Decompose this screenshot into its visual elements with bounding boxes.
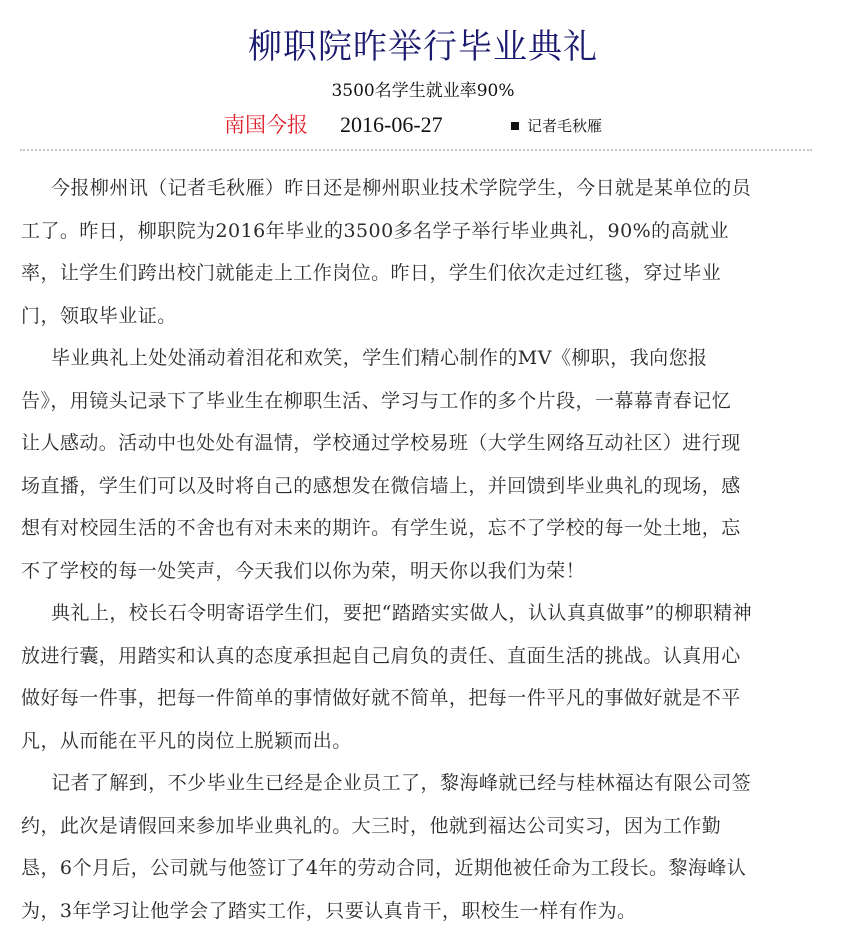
paragraph: 今报柳州讯（记者毛秋雁）昨日还是柳州职业技术学院学生，今日就是某单位的员 工了。…: [21, 167, 821, 337]
reporter-name: 记者毛秋雁: [527, 114, 602, 138]
reporter-byline: 记者毛秋雁: [511, 114, 602, 138]
article-title: 柳职院昨举行毕业典礼: [0, 22, 846, 72]
text-line: 毕业典礼上处处涌动着泪花和欢笑，学生们精心制作的MV《柳职，我向您报: [21, 337, 821, 380]
text-line: 典礼上，校长石令明寄语学生们，要把“踏踏实实做人，认认真真做事”的柳职精神: [21, 592, 821, 635]
text-line: 不了学校的每一处笑声，今天我们以你为荣，明天你以我们为荣！: [21, 550, 821, 593]
dotted-divider: [20, 149, 812, 151]
text-line: 让人感动。活动中也处处有温情，学校通过学校易班（大学生网络互动社区）进行现: [21, 422, 821, 465]
text-line: 门，领取毕业证。: [21, 295, 821, 338]
text-line: 今报柳州讯（记者毛秋雁）昨日还是柳州职业技术学院学生，今日就是某单位的员: [21, 167, 821, 210]
black-square-icon: [511, 122, 519, 130]
text-line: 率，让学生们跨出校门就能走上工作岗位。昨日，学生们依次走过红毯，穿过毕业: [21, 252, 821, 295]
paragraph: 典礼上，校长石令明寄语学生们，要把“踏踏实实做人，认认真真做事”的柳职精神 放进…: [21, 592, 821, 762]
text-line: 场直播，学生们可以及时将自己的感想发在微信墙上，并回馈到毕业典礼的现场，感: [21, 465, 821, 508]
text-line: 想有对校园生活的不舍也有对未来的期许。有学生说，忘不了学校的每一处土地，忘: [21, 507, 821, 550]
text-line: 做好每一件事，把每一件简单的事情做好就不简单，把每一件平凡的事做好就是不平: [21, 677, 821, 720]
text-line: 恳，6个月后，公司就与他签订了4年的劳动合同，近期他被任命为工段长。黎海峰认: [21, 847, 821, 890]
text-line: 记者了解到，不少毕业生已经是企业员工了，黎海峰就已经与桂林福达有限公司签: [21, 762, 821, 805]
text-line: 约，此次是请假回来参加毕业典礼的。大三时，他就到福达公司实习，因为工作勤: [21, 805, 821, 848]
publish-date: 2016-06-27: [340, 110, 443, 140]
article-body: 今报柳州讯（记者毛秋雁）昨日还是柳州职业技术学院学生，今日就是某单位的员 工了。…: [21, 167, 821, 929]
source-name: 南国今报: [224, 110, 308, 140]
text-line: 告》，用镜头记录下了毕业生在柳职生活、学习与工作的多个片段，一幕幕青春记忆: [21, 380, 821, 423]
text-line: 凡，从而能在平凡的岗位上脱颖而出。: [21, 720, 821, 763]
paragraph: 记者了解到，不少毕业生已经是企业员工了，黎海峰就已经与桂林福达有限公司签 约，此…: [21, 762, 821, 929]
article-subtitle: 3500名学生就业率90%: [0, 78, 846, 104]
text-line: 放进行囊，用踏实和认真的态度承担起自己肩负的责任、直面生活的挑战。认真用心: [21, 635, 821, 678]
paragraph: 毕业典礼上处处涌动着泪花和欢笑，学生们精心制作的MV《柳职，我向您报 告》，用镜…: [21, 337, 821, 592]
text-line: 工了。昨日，柳职院为2016年毕业的3500多名学子举行毕业典礼，90%的高就业: [21, 210, 821, 253]
text-line: 为，3年学习让他学会了踏实工作，只要认真肯干，职校生一样有作为。: [21, 890, 821, 929]
